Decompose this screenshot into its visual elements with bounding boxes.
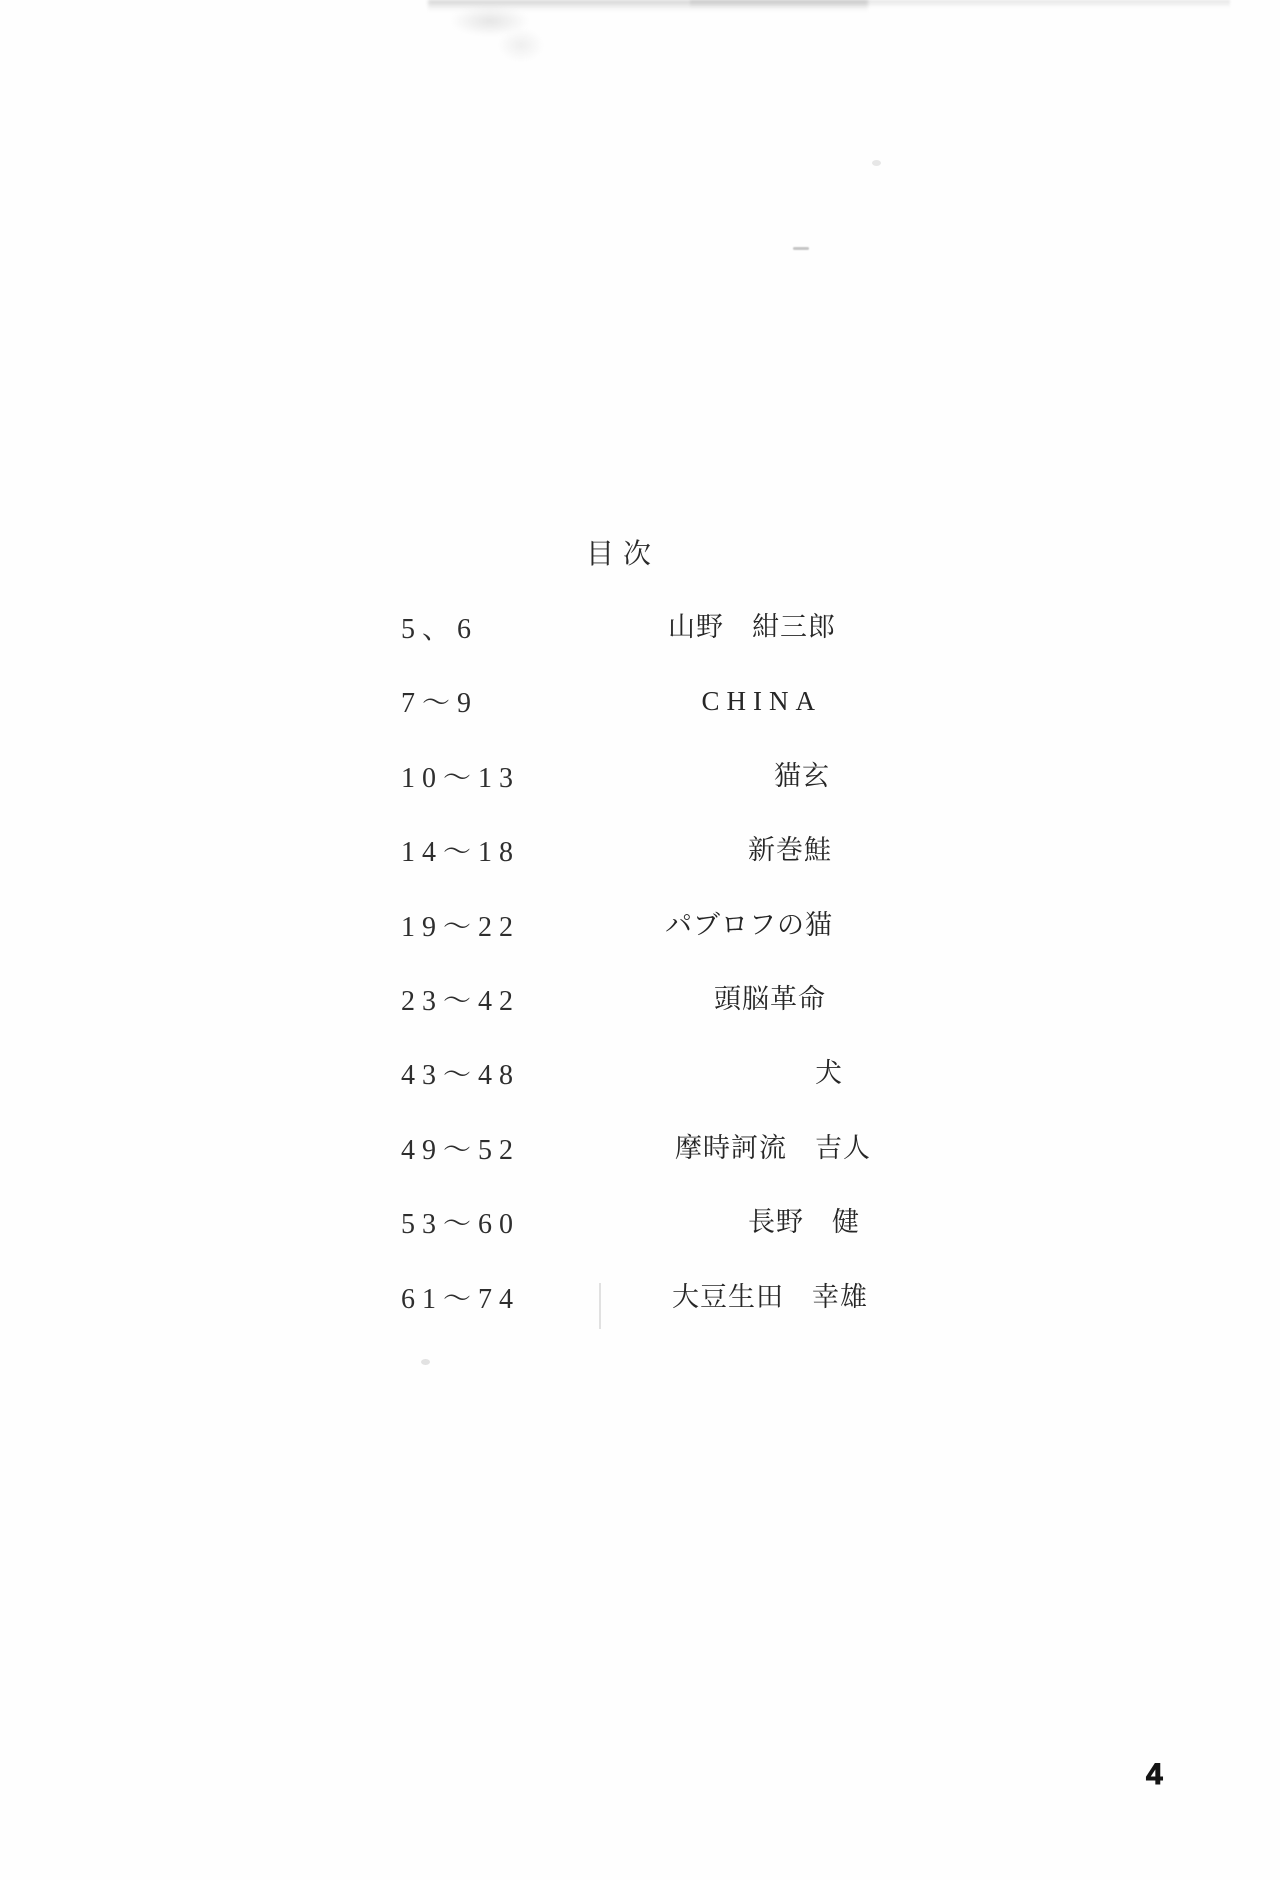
scan-smudge-top (428, 0, 868, 12)
toc-page-range: 61〜74 (401, 1281, 520, 1319)
toc-row: 10〜13 猫玄 (401, 760, 871, 834)
scan-speck (872, 160, 881, 166)
page-title: 目次 (586, 536, 660, 574)
toc-author-name: 犬 (815, 1054, 843, 1092)
toc-author-name: 猫玄 (774, 757, 830, 795)
toc-page-range: 7〜9 (401, 685, 478, 723)
toc-page-range: 23〜42 (401, 983, 520, 1021)
toc-author-name: 大豆生田 幸雄 (672, 1278, 868, 1316)
page-number: 4 (1146, 1758, 1163, 1792)
toc-page-range: 14〜18 (401, 834, 520, 872)
toc-row: 19〜22 パブロフの猫 (401, 909, 871, 983)
toc-row: 61〜74 大豆生田 幸雄 (401, 1281, 871, 1355)
toc-row: 5、6 山野 紺三郎 (401, 611, 871, 685)
scan-blotch (498, 28, 544, 62)
toc-page-range: 43〜48 (401, 1057, 520, 1095)
scanned-document-page: 目次 5、6 山野 紺三郎 7〜9 CHINA 10〜13 猫玄 14〜18 新… (0, 0, 1280, 1880)
scan-speck (421, 1359, 430, 1365)
toc-author-name: パブロフの猫 (665, 906, 833, 944)
toc-page-range: 49〜52 (401, 1132, 520, 1170)
scan-blotch (450, 6, 530, 36)
toc-author-name: 山野 紺三郎 (668, 608, 836, 646)
toc-author-name: 頭脳革命 (714, 980, 826, 1018)
toc-author-name: 新巻鮭 (748, 831, 832, 869)
scan-speck (793, 247, 809, 250)
toc-row: 7〜9 CHINA (401, 685, 871, 759)
toc-row: 43〜48 犬 (401, 1057, 871, 1131)
toc-row: 53〜60 長野 健 (401, 1206, 871, 1280)
toc-row: 49〜52 摩時訶流 吉人 (401, 1132, 871, 1206)
toc-author-name: CHINA (702, 682, 823, 720)
toc-author-name: 摩時訶流 吉人 (675, 1129, 871, 1167)
toc-author-name: 長野 健 (748, 1203, 860, 1241)
toc-row: 14〜18 新巻鮭 (401, 834, 871, 908)
toc-page-range: 10〜13 (401, 760, 520, 798)
toc-page-range: 53〜60 (401, 1206, 520, 1244)
toc-list: 5、6 山野 紺三郎 7〜9 CHINA 10〜13 猫玄 14〜18 新巻鮭 … (401, 611, 871, 1355)
toc-row: 23〜42 頭脳革命 (401, 983, 871, 1057)
scan-smudge-top-right (690, 0, 1230, 8)
toc-page-range: 19〜22 (401, 909, 520, 947)
toc-page-range: 5、6 (401, 611, 478, 649)
